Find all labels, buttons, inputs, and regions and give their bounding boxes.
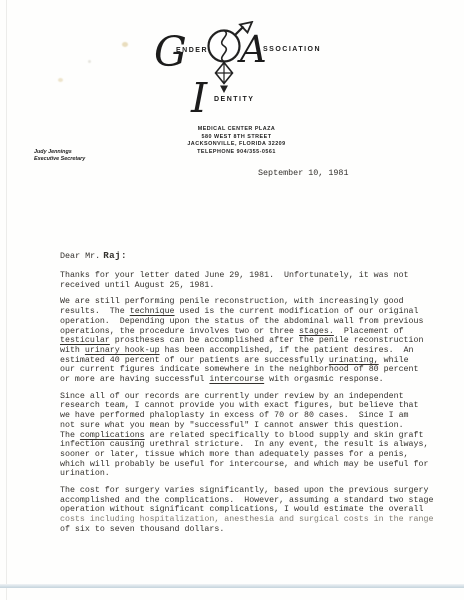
paper-stain [58,78,63,82]
letter-date: September 10, 1981 [258,168,348,178]
paragraph-2: We are still performing penile reconstru… [60,297,452,384]
address-line: TELEPHONE 904/355-0561 [154,149,319,157]
gender-word: ENDER [176,47,208,54]
paragraph-3: Since all of our records are currently u… [60,392,452,479]
secretary-title: Executive Secretary [34,156,85,163]
address-line: MEDICAL CENTER PLAZA [154,126,319,134]
association-word: SSOCIATION [263,46,321,53]
page-edge [0,584,464,588]
salutation-prefix: Dear Mr. [60,251,100,261]
address-line: 580 WEST 8TH STREET [154,134,319,142]
scanned-letter: G ENDER A SSOCIATION I DENTITY MEDICAL C… [0,0,464,600]
secretary-block: Judy Jennings Executive Secretary [34,149,85,163]
paragraph-1: Thanks for your letter dated June 29, 19… [60,271,452,290]
address-line: JACKSONVILLE, FLORIDA 32209 [154,141,319,149]
recipient-name: Raj: [103,250,127,261]
paper-stain [122,42,128,47]
salutation: Dear Mr.Raj: [60,250,127,261]
letterhead-address: MEDICAL CENTER PLAZA 580 WEST 8TH STREET… [154,126,319,156]
secretary-name: Judy Jennings [34,149,85,156]
page-edge [6,0,7,600]
identity-initial: I [191,78,207,119]
paper-stain [88,60,91,63]
paragraph-4: The cost for surgery varies significantl… [60,486,452,535]
identity-word: DENTITY [214,96,254,103]
letter-page: G ENDER A SSOCIATION I DENTITY MEDICAL C… [0,0,464,600]
letter-body: Thanks for your letter dated June 29, 19… [60,271,452,542]
